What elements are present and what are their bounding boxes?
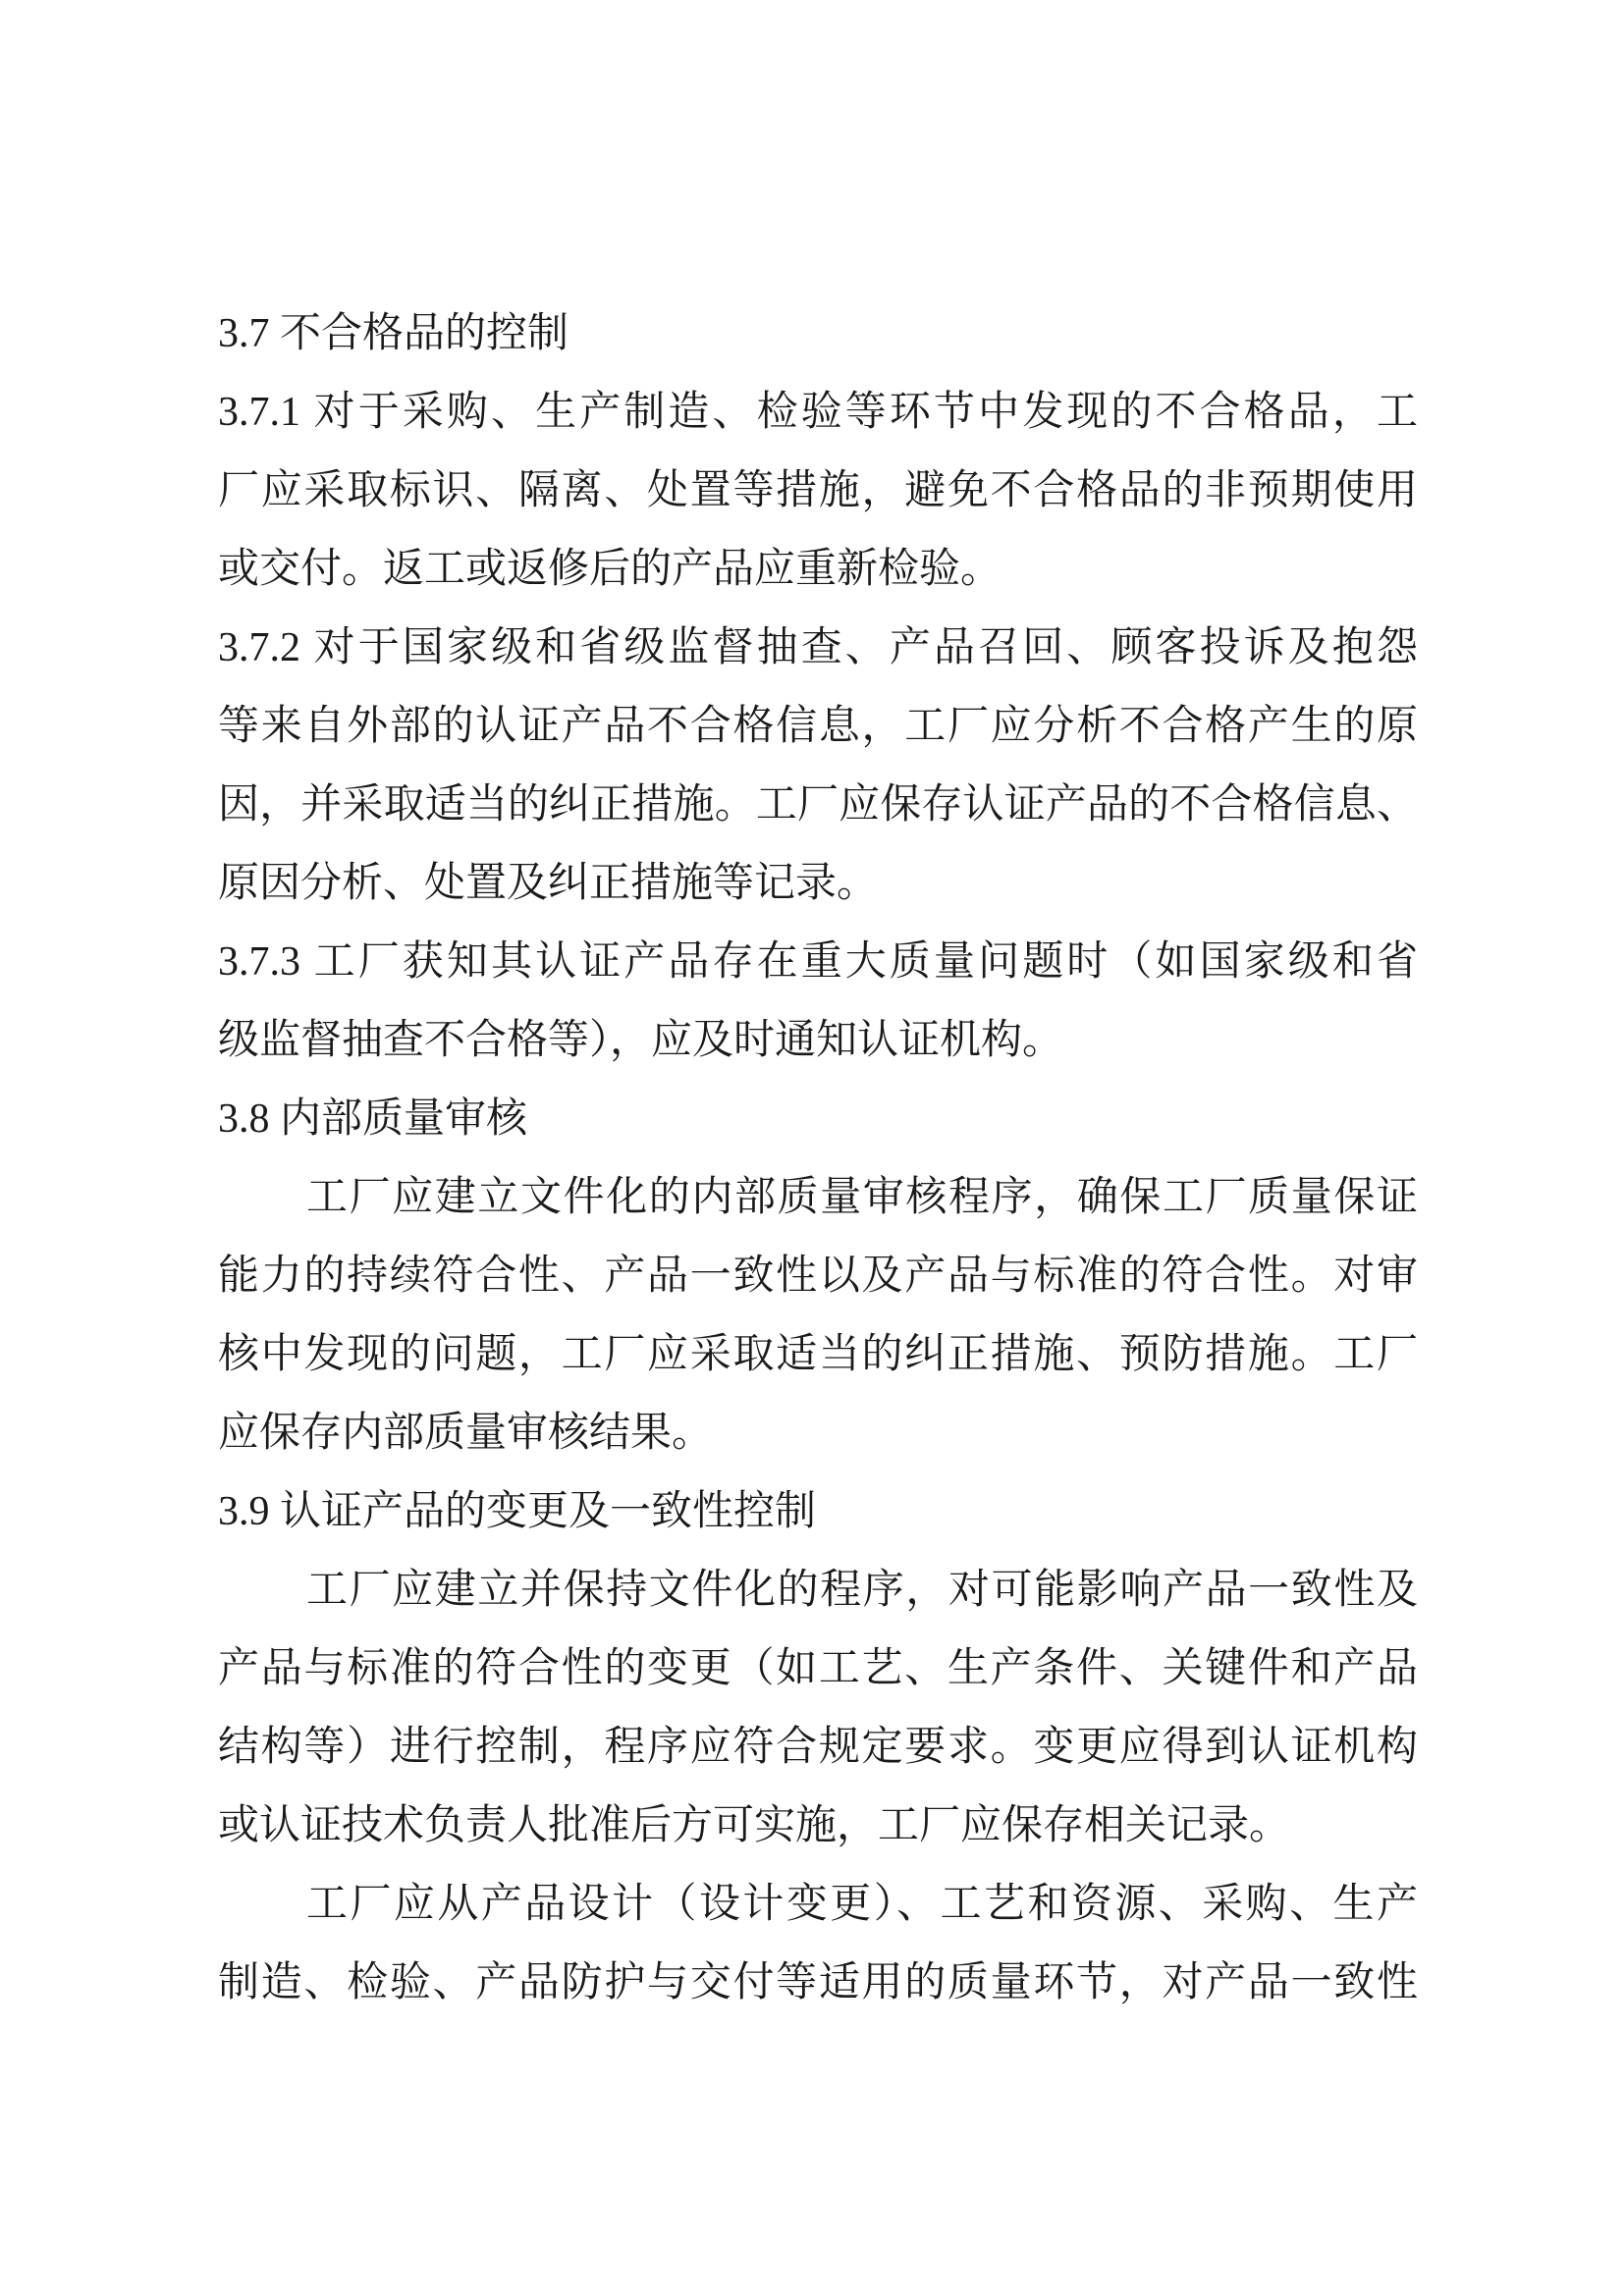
- text-line: 工厂应建立文件化的内部质量审核程序，确保工厂质量保证: [218, 1158, 1418, 1237]
- text-line: 3.7.2 对于国家级和省级监督抽查、产品召回、顾客投诉及抱怨: [218, 609, 1418, 687]
- text-line: 核中发现的问题，工厂应采取适当的纠正措施、预防措施。工厂: [218, 1315, 1418, 1394]
- document-page: 3.7 不合格品的控制3.7.1 对于采购、生产制造、检验等环节中发现的不合格品…: [0, 0, 1624, 2296]
- section-heading-line: 3.9 认证产品的变更及一致性控制: [218, 1472, 1418, 1551]
- text-line: 或交付。返工或返修后的产品应重新检验。: [218, 530, 1418, 609]
- text-line: 能力的持续符合性、产品一致性以及产品与标准的符合性。对审: [218, 1237, 1418, 1315]
- text-line: 3.7.1 对于采购、生产制造、检验等环节中发现的不合格品，工: [218, 373, 1418, 452]
- text-line: 应保存内部质量审核结果。: [218, 1394, 1418, 1472]
- text-line: 因，并采取适当的纠正措施。工厂应保存认证产品的不合格信息、: [218, 766, 1418, 844]
- text-line: 等来自外部的认证产品不合格信息，工厂应分析不合格产生的原: [218, 687, 1418, 766]
- document-text-block: 3.7 不合格品的控制3.7.1 对于采购、生产制造、检验等环节中发现的不合格品…: [218, 294, 1418, 2022]
- text-line: 3.7.3 工厂获知其认证产品存在重大质量问题时（如国家级和省: [218, 923, 1418, 1001]
- text-line: 工厂应从产品设计（设计变更）、工艺和资源、采购、生产: [218, 1865, 1418, 1944]
- text-line: 或认证技术负责人批准后方可实施，工厂应保存相关记录。: [218, 1787, 1418, 1865]
- section-heading-line: 3.8 内部质量审核: [218, 1080, 1418, 1158]
- section-heading-line: 3.7 不合格品的控制: [218, 294, 1418, 373]
- text-line: 制造、检验、产品防护与交付等适用的质量环节，对产品一致性: [218, 1944, 1418, 2022]
- text-line: 产品与标准的符合性的变更（如工艺、生产条件、关键件和产品: [218, 1629, 1418, 1708]
- text-line: 工厂应建立并保持文件化的程序，对可能影响产品一致性及: [218, 1551, 1418, 1629]
- text-line: 厂应采取标识、隔离、处置等措施，避免不合格品的非预期使用: [218, 452, 1418, 530]
- text-line: 结构等）进行控制，程序应符合规定要求。变更应得到认证机构: [218, 1708, 1418, 1787]
- text-line: 原因分析、处置及纠正措施等记录。: [218, 844, 1418, 923]
- text-line: 级监督抽查不合格等），应及时通知认证机构。: [218, 1001, 1418, 1080]
